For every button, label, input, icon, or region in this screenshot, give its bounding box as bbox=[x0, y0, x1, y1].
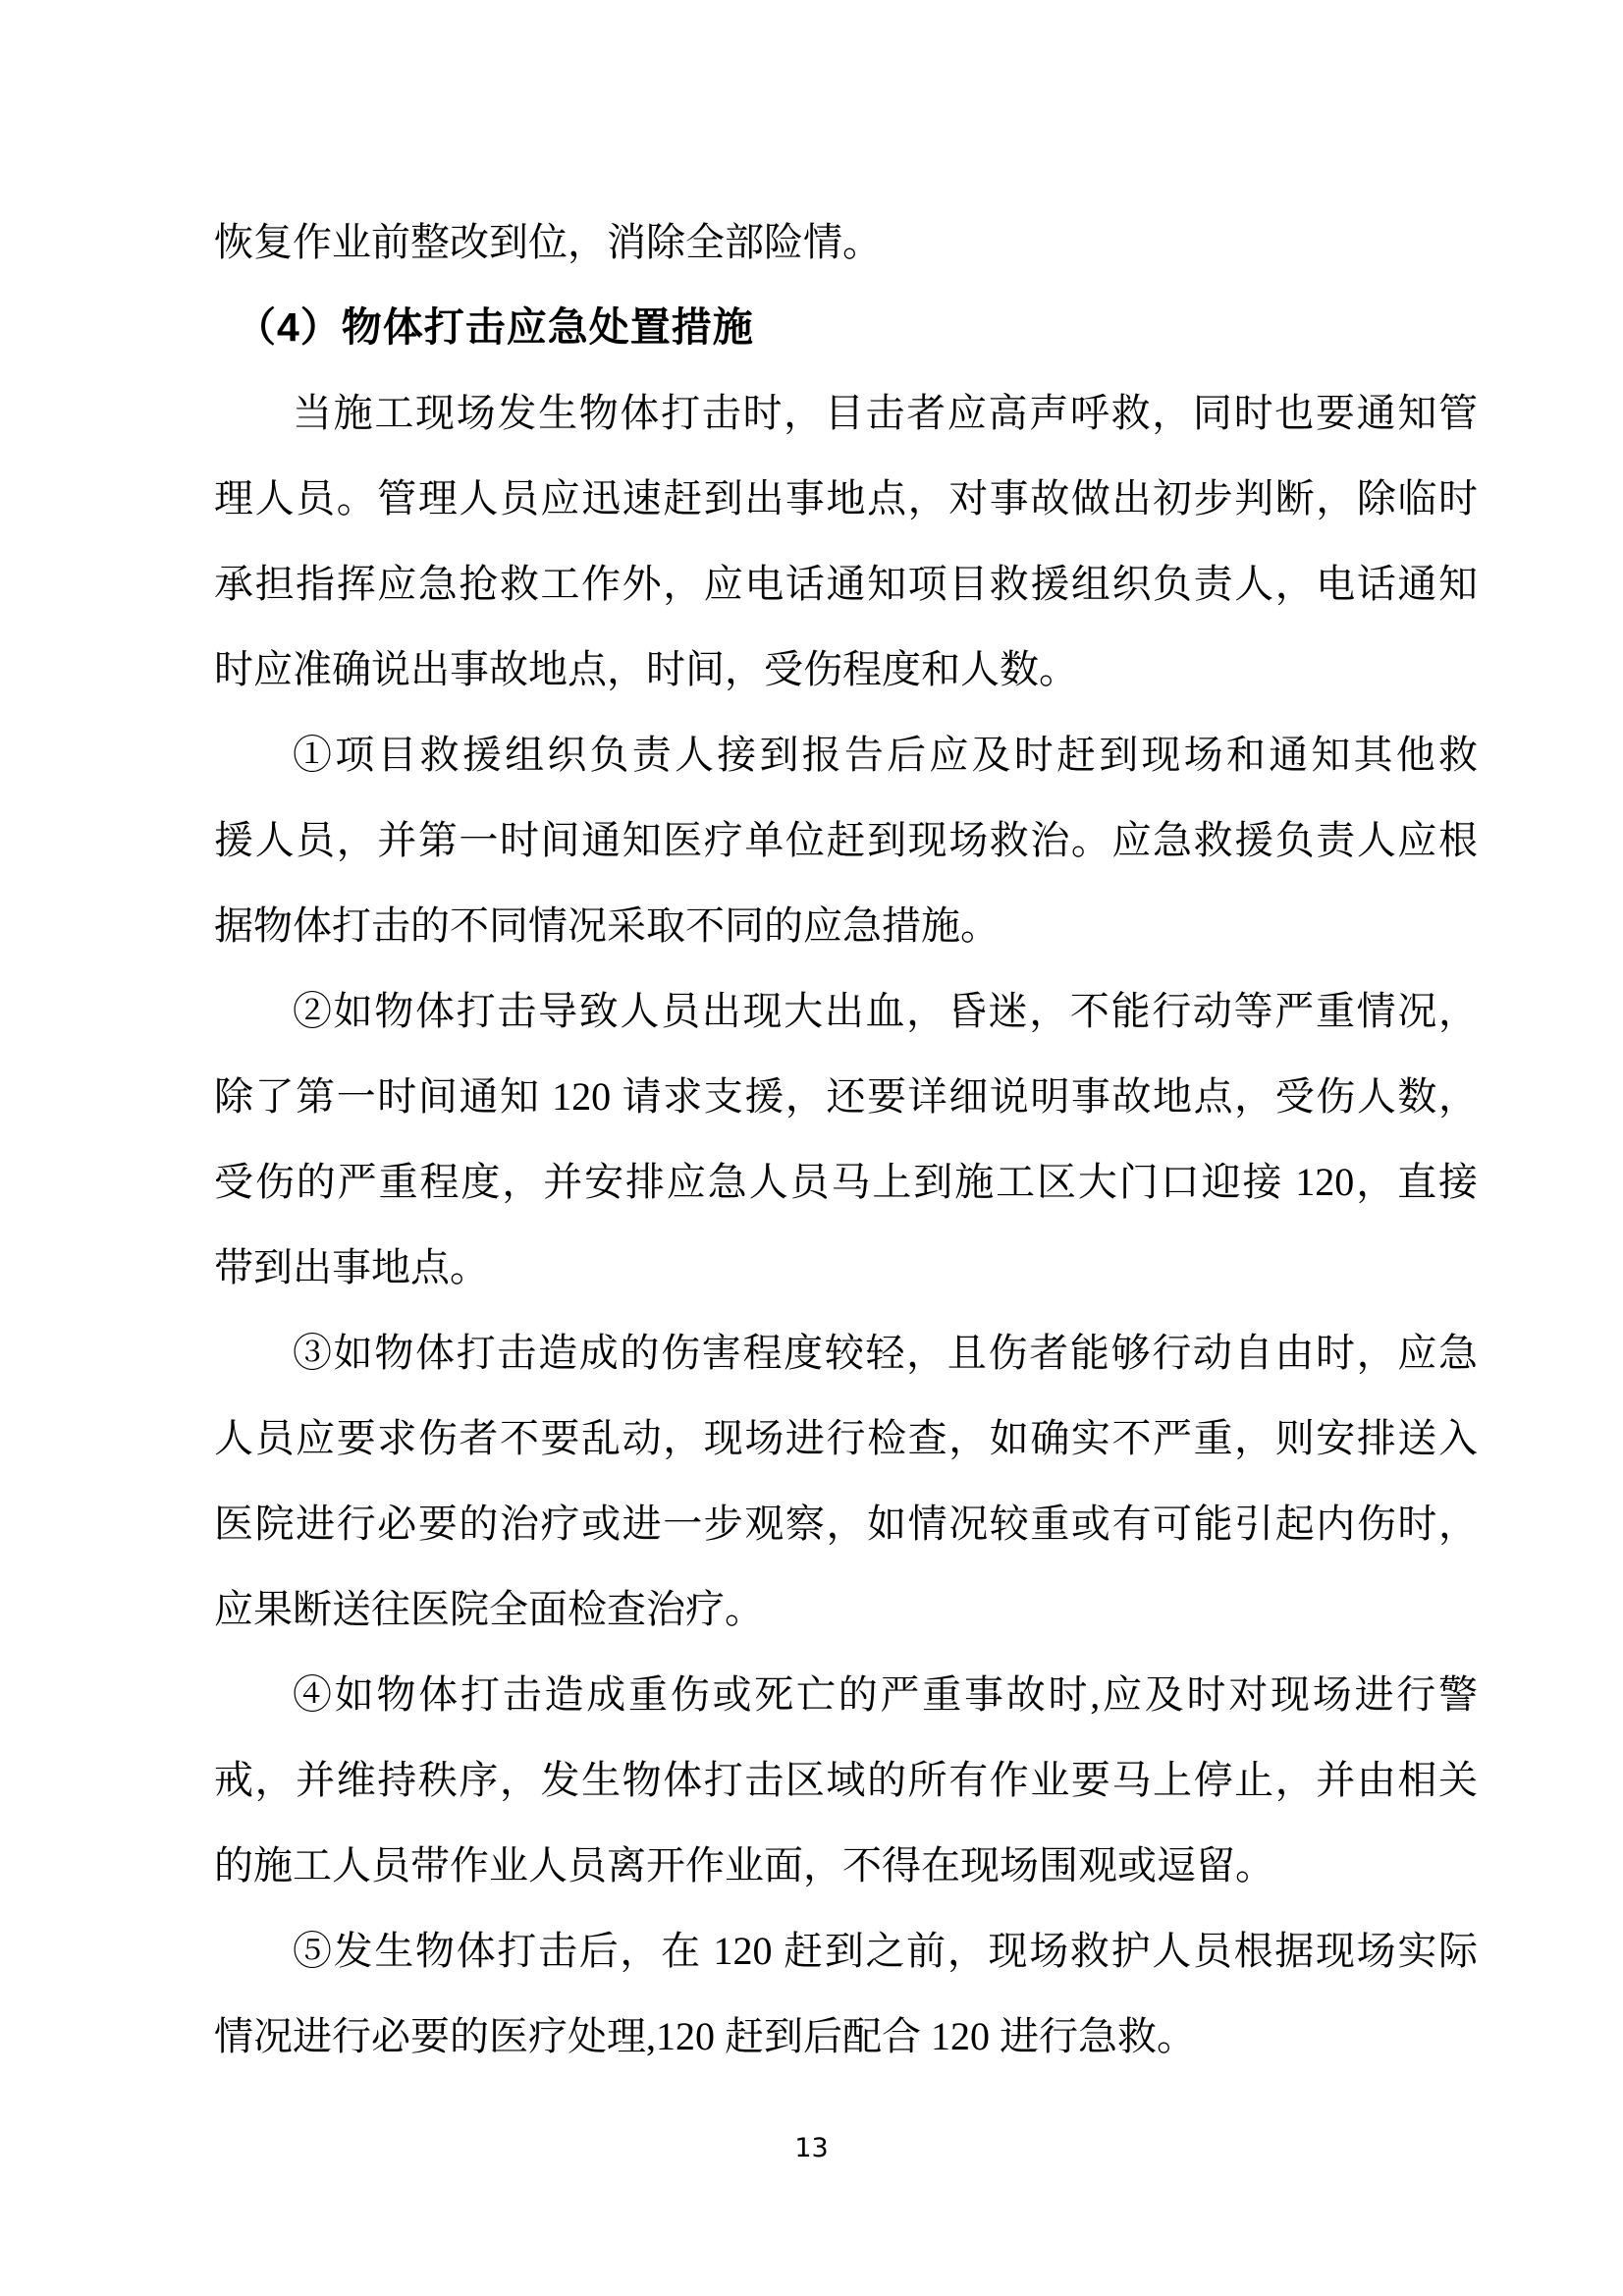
text-line: ⑤发生物体打击后，在 120 赶到之前，现场救护人员根据现场实际 bbox=[214, 1908, 1478, 1994]
text-line: 的施工人员带作业人员离开作业面，不得在现场围观或逗留。 bbox=[214, 1823, 1478, 1908]
text-line: 带到出事地点。 bbox=[214, 1225, 1478, 1310]
text-line: 除了第一时间通知 120 请求支援，还要详细说明事故地点，受伤人数， bbox=[214, 1054, 1478, 1139]
text-block: 恢复作业前整改到位，消除全部险情。 （4）物体打击应急处置措施 当施工现场发生物… bbox=[214, 199, 1478, 2079]
text-line: ④如物体打击造成重伤或死亡的严重事故时,应及时对现场进行警 bbox=[214, 1652, 1478, 1737]
text-line: 恢复作业前整改到位，消除全部险情。 bbox=[214, 199, 1478, 285]
text-line: 医院进行必要的治疗或进一步观察，如情况较重或有可能引起内伤时， bbox=[214, 1481, 1478, 1566]
text-line: 应果断送往医院全面检查治疗。 bbox=[214, 1566, 1478, 1652]
text-line: 时应准确说出事故地点，时间，受伤程度和人数。 bbox=[214, 627, 1478, 712]
document-page: 恢复作业前整改到位，消除全部险情。 （4）物体打击应急处置措施 当施工现场发生物… bbox=[0, 0, 1623, 2296]
text-line: 当施工现场发生物体打击时，目击者应高声呼救，同时也要通知管 bbox=[214, 370, 1478, 456]
text-line: ③如物体打击造成的伤害程度较轻，且伤者能够行动自由时，应急 bbox=[214, 1310, 1478, 1395]
text-line: 人员应要求伤者不要乱动，现场进行检查，如确实不严重，则安排送入 bbox=[214, 1395, 1478, 1481]
text-line: 承担指挥应急抢救工作外，应电话通知项目救援组织负责人，电话通知 bbox=[214, 541, 1478, 627]
text-line: ②如物体打击导致人员出现大出血，昏迷，不能行动等严重情况， bbox=[214, 968, 1478, 1054]
text-line: ①项目救援组织负责人接到报告后应及时赶到现场和通知其他救 bbox=[214, 712, 1478, 797]
text-line: 援人员，并第一时间通知医疗单位赶到现场救治。应急救援负责人应根 bbox=[214, 797, 1478, 883]
text-line: 情况进行必要的医疗处理,120 赶到后配合 120 进行急救。 bbox=[214, 1994, 1478, 2079]
text-line: 受伤的严重程度，并安排应急人员马上到施工区大门口迎接 120，直接 bbox=[214, 1139, 1478, 1225]
page-number: 13 bbox=[0, 2133, 1623, 2163]
text-line: 理人员。管理人员应迅速赶到出事地点，对事故做出初步判断，除临时 bbox=[214, 456, 1478, 541]
section-heading: （4）物体打击应急处置措施 bbox=[214, 285, 1478, 370]
text-line: 据物体打击的不同情况采取不同的应急措施。 bbox=[214, 883, 1478, 968]
text-line: 戒，并维持秩序，发生物体打击区域的所有作业要马上停止，并由相关 bbox=[214, 1737, 1478, 1823]
